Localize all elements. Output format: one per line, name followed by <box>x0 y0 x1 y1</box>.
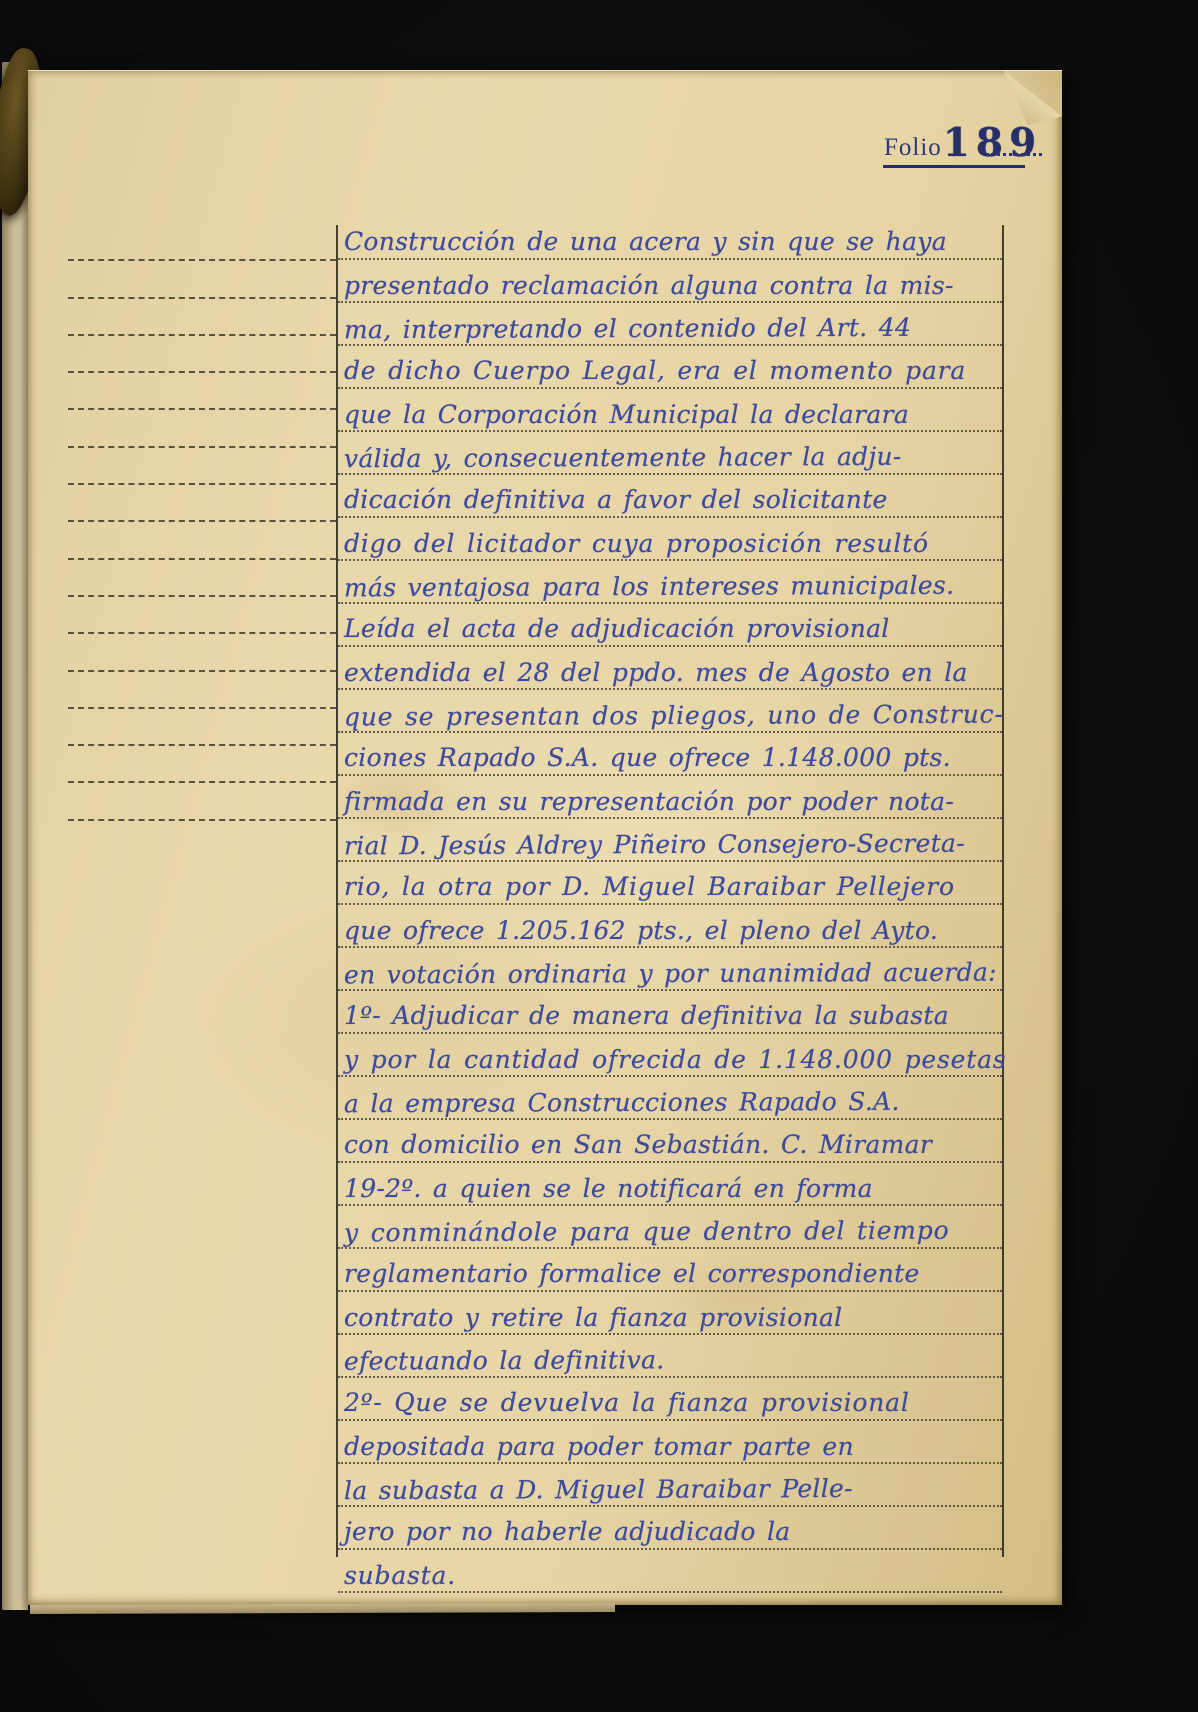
handwritten-text: válida y, consecuentemente hacer la adju… <box>344 442 902 473</box>
previous-page-edge <box>2 62 28 1610</box>
manuscript-line: y por la cantidad ofrecida de 1.148.000 … <box>338 1034 1002 1077</box>
margin-rule-line <box>68 485 336 522</box>
manuscript-line: que se presentan dos pliegos, uno de Con… <box>338 690 1002 733</box>
handwritten-text: Construcción de una acera y sin que se h… <box>344 227 947 256</box>
handwritten-text: 2º- Que se devuelva la fianza provisiona… <box>344 1388 910 1417</box>
manuscript-line: reglamentario formalice el correspondien… <box>338 1249 1002 1292</box>
handwritten-text: reglamentario formalice el correspondien… <box>344 1259 920 1288</box>
margin-ruling <box>68 224 336 821</box>
handwritten-text: y por la cantidad ofrecida de 1.148.000 … <box>344 1045 1006 1074</box>
scan-background: { "page": { "folio_label": "Folio", "fol… <box>0 0 1198 1712</box>
manuscript-line: Leída el acta de adjudicación provisiona… <box>338 604 1002 647</box>
handwritten-text: digo del licitador cuya proposición resu… <box>344 529 929 558</box>
handwritten-text: ma, interpretando el contenido del Art. … <box>344 313 911 344</box>
manuscript-line: válida y, consecuentemente hacer la adju… <box>338 432 1002 475</box>
manuscript-line: dicación definitiva a favor del solicita… <box>338 475 1002 518</box>
margin-rule-line <box>68 783 336 820</box>
folio-dotted-line <box>986 153 1042 156</box>
handwritten-text: y conminándole para que dentro del tiemp… <box>344 1216 950 1248</box>
margin-rule-line <box>68 261 336 298</box>
manuscript-line: la subasta a D. Miguel Baraibar Pelle- <box>338 1464 1002 1507</box>
handwritten-text: con domicilio en San Sebastián. C. Miram… <box>344 1130 932 1159</box>
margin-rule-line <box>68 746 336 783</box>
manuscript-line: que ofrece 1.205.162 pts., el pleno del … <box>338 905 1002 948</box>
manuscript-text-area: Construcción de una acera y sin que se h… <box>338 217 1002 1593</box>
handwritten-text: jero por no haberle adjudicado la <box>344 1517 791 1546</box>
handwritten-text: Leída el acta de adjudicación provisiona… <box>344 614 890 643</box>
folio-label: Folio <box>884 135 942 160</box>
handwritten-text: extendida el 28 del ppdo. mes de Agosto … <box>344 658 968 687</box>
handwritten-text: la subasta a D. Miguel Baraibar Pelle- <box>344 1474 853 1505</box>
manuscript-line: firmada en su representación por poder n… <box>338 776 1002 819</box>
folio-header: Folio 189 <box>884 119 1042 163</box>
manuscript-line: jero por no haberle adjudicado la <box>338 1507 1002 1550</box>
under-page-edge <box>30 1603 615 1614</box>
margin-rule-line <box>68 224 336 261</box>
folio-underline <box>883 165 1025 168</box>
manuscript-line: 19-2º. a quien se le notificará en forma <box>338 1163 1002 1206</box>
handwritten-text: dicación definitiva a favor del solicita… <box>344 485 888 514</box>
manuscript-line: más ventajosa para los intereses municip… <box>338 561 1002 604</box>
handwritten-text: contrato y retire la fianza provisional <box>344 1303 842 1332</box>
manuscript-line: digo del licitador cuya proposición resu… <box>338 518 1002 561</box>
handwritten-text: que ofrece 1.205.162 pts., el pleno del … <box>344 916 938 945</box>
margin-rule-line <box>68 522 336 559</box>
handwritten-text: que se presentan dos pliegos, uno de Con… <box>344 700 1004 732</box>
manuscript-line: 1º- Adjudicar de manera definitiva la su… <box>338 991 1002 1034</box>
manuscript-line: efectuando la definitiva. <box>338 1335 1002 1378</box>
handwritten-text: de dicho Cuerpo Legal, era el momento pa… <box>344 356 966 385</box>
handwritten-text: que la Corporación Municipal la declarar… <box>344 400 909 429</box>
manuscript-line: extendida el 28 del ppdo. mes de Agosto … <box>338 647 1002 690</box>
handwritten-text: rio, la otra por D. Miguel Baraibar Pell… <box>344 872 955 901</box>
handwritten-text: presentado reclamación alguna contra la … <box>344 271 954 300</box>
handwritten-text: más ventajosa para los intereses municip… <box>344 571 954 603</box>
handwritten-text: 19-2º. a quien se le notificará en forma <box>344 1174 873 1203</box>
margin-rule-line <box>68 672 336 709</box>
handwritten-text: subasta. <box>344 1561 456 1590</box>
manuscript-page: Folio 189 Construcción de una acera y si… <box>28 70 1062 1605</box>
handwritten-text: rial D. Jesús Aldrey Piñeiro Consejero-S… <box>344 829 965 861</box>
manuscript-line: con domicilio en San Sebastián. C. Miram… <box>338 1120 1002 1163</box>
margin-rule-line <box>68 448 336 485</box>
manuscript-line: ma, interpretando el contenido del Art. … <box>338 303 1002 346</box>
manuscript-line: ciones Rapado S.A. que ofrece 1.148.000 … <box>338 733 1002 776</box>
manuscript-line: 2º- Que se devuelva la fianza provisiona… <box>338 1378 1002 1421</box>
manuscript-line: de dicho Cuerpo Legal, era el momento pa… <box>338 346 1002 389</box>
text-area-right-rule <box>1002 225 1004 1557</box>
manuscript-line: subasta. <box>338 1550 1002 1593</box>
manuscript-line: depositada para poder tomar parte en <box>338 1421 1002 1464</box>
margin-rule-line <box>68 709 336 746</box>
handwritten-text: ciones Rapado S.A. que ofrece 1.148.000 … <box>344 743 951 772</box>
manuscript-line: y conminándole para que dentro del tiemp… <box>338 1206 1002 1249</box>
handwritten-text: depositada para poder tomar parte en <box>344 1432 854 1461</box>
handwritten-text: firmada en su representación por poder n… <box>344 787 954 816</box>
manuscript-line: a la empresa Construcciones Rapado S.A. <box>338 1077 1002 1120</box>
margin-rule-line <box>68 634 336 671</box>
margin-rule-line <box>68 336 336 373</box>
manuscript-line: Construcción de una acera y sin que se h… <box>338 217 1002 260</box>
margin-rule-line <box>68 373 336 410</box>
handwritten-text: en votación ordinaria y por unanimidad a… <box>344 958 997 990</box>
manuscript-line: que la Corporación Municipal la declarar… <box>338 389 1002 432</box>
manuscript-line: rio, la otra por D. Miguel Baraibar Pell… <box>338 862 1002 905</box>
margin-rule-line <box>68 597 336 634</box>
handwritten-text: efectuando la definitiva. <box>344 1345 665 1375</box>
margin-rule-line <box>68 410 336 447</box>
handwritten-text: 1º- Adjudicar de manera definitiva la su… <box>344 1001 949 1030</box>
manuscript-line: presentado reclamación alguna contra la … <box>338 260 1002 303</box>
manuscript-line: rial D. Jesús Aldrey Piñeiro Consejero-S… <box>338 819 1002 862</box>
manuscript-line: contrato y retire la fianza provisional <box>338 1292 1002 1335</box>
folio-number-stamp: 189 <box>943 124 1042 163</box>
margin-rule-line <box>68 299 336 336</box>
handwritten-text: a la empresa Construcciones Rapado S.A. <box>344 1087 900 1118</box>
manuscript-line: en votación ordinaria y por unanimidad a… <box>338 948 1002 991</box>
margin-rule-line <box>68 560 336 597</box>
